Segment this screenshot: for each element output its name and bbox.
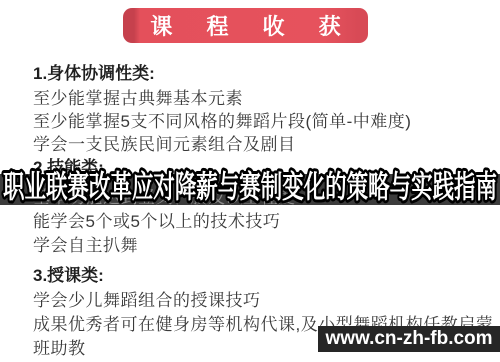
watermark-url: www.cn-zh-fb.com	[325, 328, 492, 350]
section-2-line-2: 能学会5个或5个以上的技术技巧	[33, 207, 280, 232]
overlay-headline-svg: 职业联赛改革应对降薪与赛制变化的策略与实践指南	[0, 162, 500, 210]
course-banner: 课 程 收 获	[123, 8, 368, 43]
banner-title: 课 程 收 获	[136, 10, 354, 41]
section-1-heading: 1.身体协调性类:	[33, 59, 155, 84]
section-1-line-2: 至少能掌握5支不同风格的舞蹈片段(简单-中难度)	[33, 107, 411, 132]
section-3-heading: 3.授课类:	[33, 261, 104, 286]
section-2-line-3: 学会自主扒舞	[33, 231, 138, 256]
watermark-bar: www.cn-zh-fb.com	[318, 326, 500, 352]
overlay-headline: 职业联赛改革应对降薪与赛制变化的策略与实践指南	[3, 170, 497, 205]
section-3-line-3: 班助教	[33, 334, 86, 359]
section-1-line-1: 至少能掌握古典舞基本元素	[33, 84, 243, 109]
section-1-line-3: 学会一支民族民间元素组合及剧目	[33, 130, 296, 155]
section-3-line-1: 学会少儿舞蹈组合的授课技巧	[33, 286, 261, 311]
course-poster: 课 程 收 获 1.身体协调性类: 至少能掌握古典舞基本元素 至少能掌握5支不同…	[0, 0, 500, 362]
